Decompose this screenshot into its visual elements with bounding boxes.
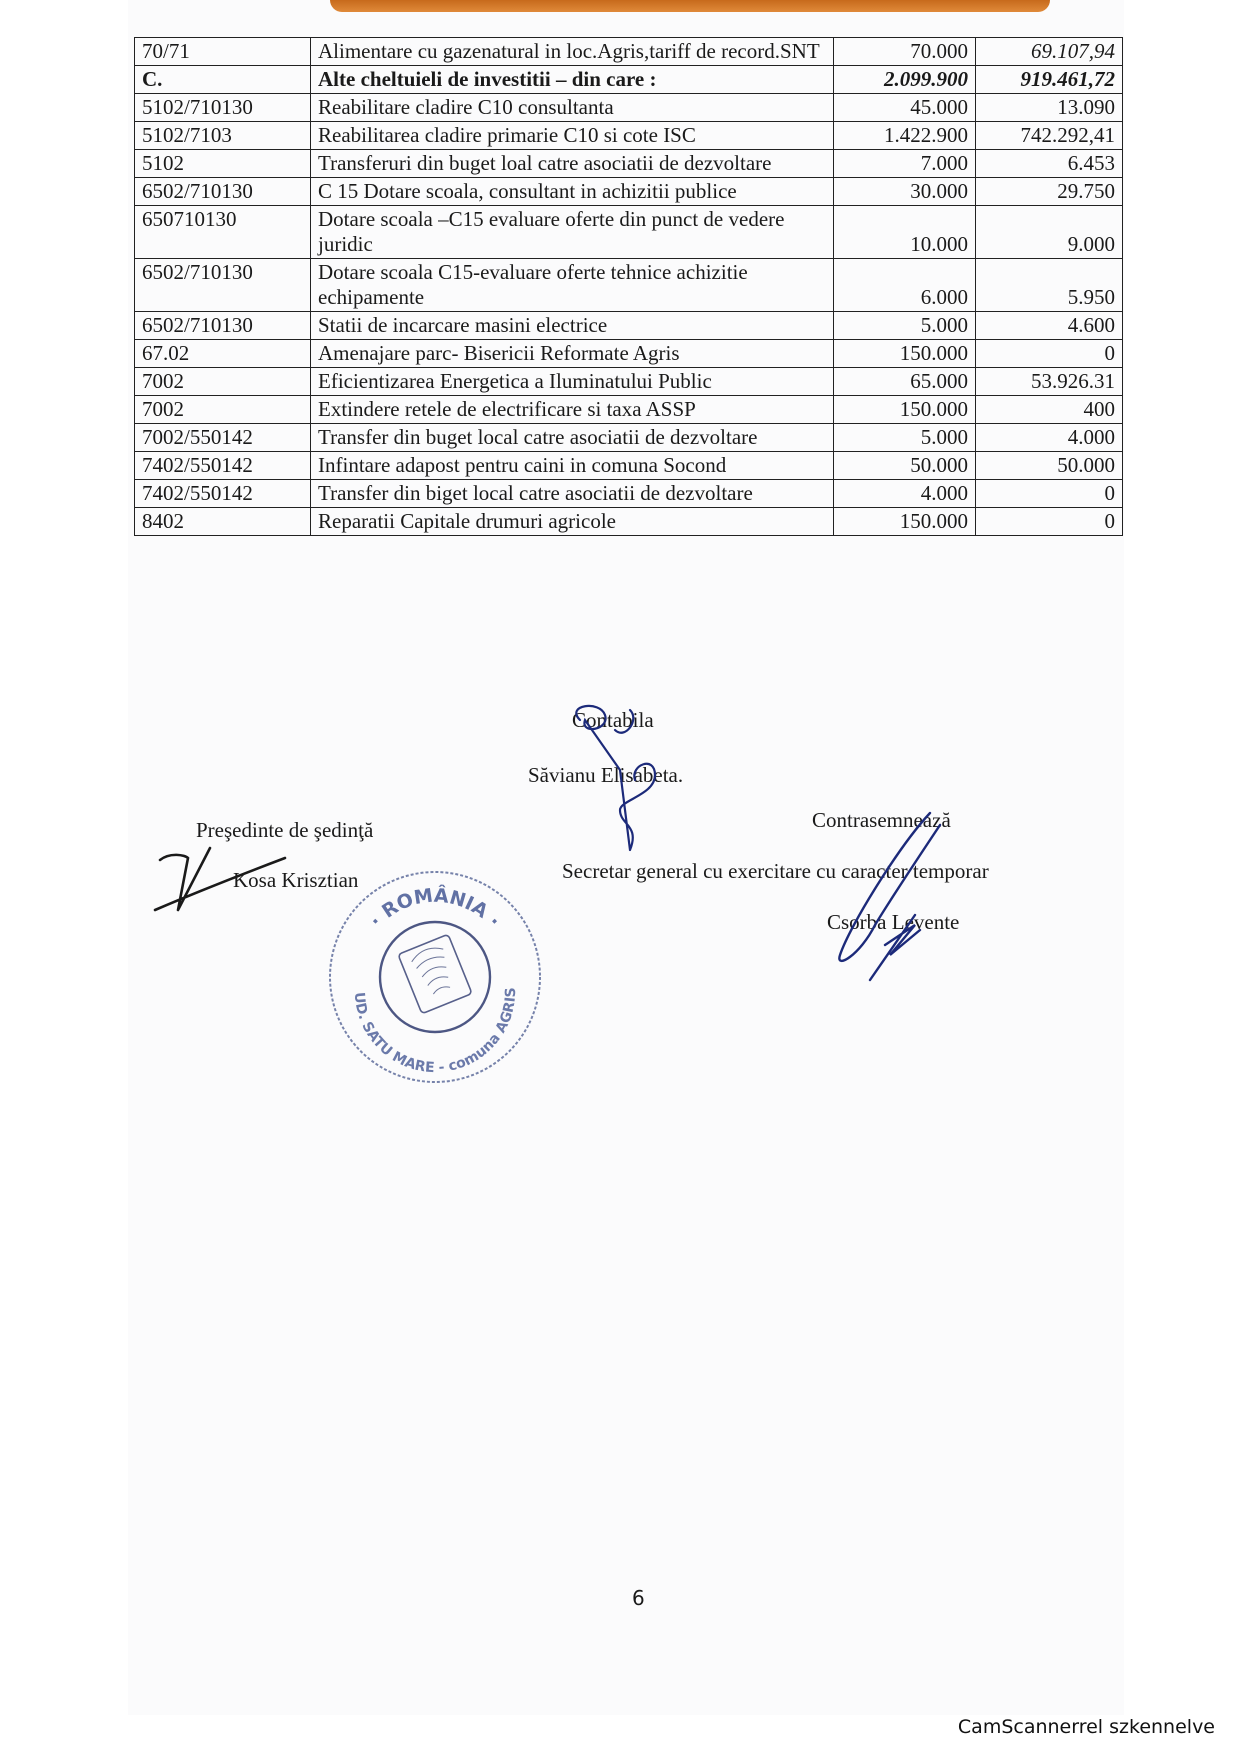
budget-code-cell: 5102/710130 xyxy=(135,94,311,122)
executed-amount-cell: 50.000 xyxy=(976,452,1123,480)
table-row: 70/71Alimentare cu gazenatural in loc.Ag… xyxy=(135,38,1123,66)
table-row: 5102/7103Reabilitarea cladire primarie C… xyxy=(135,122,1123,150)
table-row: C.Alte cheltuieli de investitii – din ca… xyxy=(135,66,1123,94)
description-cell: Dotare scoala C15-evaluare oferte tehnic… xyxy=(311,259,834,312)
budget-code-cell: 6502/710130 xyxy=(135,259,311,312)
executed-amount-cell: 0 xyxy=(976,340,1123,368)
executed-amount-cell: 0 xyxy=(976,508,1123,536)
budget-code-cell: 67.02 xyxy=(135,340,311,368)
planned-amount-cell: 4.000 xyxy=(834,480,976,508)
executed-amount-cell: 0 xyxy=(976,480,1123,508)
planned-amount-cell: 150.000 xyxy=(834,340,976,368)
table-row: 7402/550142Infintare adapost pentru cain… xyxy=(135,452,1123,480)
table-row: 8402Reparatii Capitale drumuri agricole1… xyxy=(135,508,1123,536)
budget-code-cell: 5102 xyxy=(135,150,311,178)
table-row: 6502/710130Statii de incarcare masini el… xyxy=(135,312,1123,340)
table-row: 650710130Dotare scoala –C15 evaluare ofe… xyxy=(135,206,1123,259)
planned-amount-cell: 30.000 xyxy=(834,178,976,206)
planned-amount-cell: 5.000 xyxy=(834,424,976,452)
budget-table-body: 70/71Alimentare cu gazenatural in loc.Ag… xyxy=(135,38,1123,536)
description-cell: Statii de incarcare masini electrice xyxy=(311,312,834,340)
table-row: 67.02Amenajare parc- Bisericii Reformate… xyxy=(135,340,1123,368)
previous-page-edge xyxy=(330,0,1050,12)
stamp-top-text: · ROMÂNIA · xyxy=(365,884,504,932)
planned-amount-cell: 50.000 xyxy=(834,452,976,480)
budget-code-cell: C. xyxy=(135,66,311,94)
table-row: 5102/710130Reabilitare cladire C10 consu… xyxy=(135,94,1123,122)
executed-amount-cell: 919.461,72 xyxy=(976,66,1123,94)
description-cell: Reabilitare cladire C10 consultanta xyxy=(311,94,834,122)
description-cell: Reabilitarea cladire primarie C10 si cot… xyxy=(311,122,834,150)
planned-amount-cell: 2.099.900 xyxy=(834,66,976,94)
planned-amount-cell: 10.000 xyxy=(834,206,976,259)
budget-code-cell: 70/71 xyxy=(135,38,311,66)
executed-amount-cell: 5.950 xyxy=(976,259,1123,312)
description-cell: Transfer din buget local catre asociatii… xyxy=(311,424,834,452)
table-row: 7002Eficientizarea Energetica a Iluminat… xyxy=(135,368,1123,396)
executed-amount-cell: 9.000 xyxy=(976,206,1123,259)
description-cell: Transfer din biget local catre asociatii… xyxy=(311,480,834,508)
executed-amount-cell: 53.926.31 xyxy=(976,368,1123,396)
table-row: 6502/710130C 15 Dotare scoala, consultan… xyxy=(135,178,1123,206)
budget-code-cell: 7002 xyxy=(135,368,311,396)
budget-code-cell: 7402/550142 xyxy=(135,452,311,480)
description-cell: Dotare scoala –C15 evaluare oferte din p… xyxy=(311,206,834,259)
planned-amount-cell: 45.000 xyxy=(834,94,976,122)
description-cell: Alimentare cu gazenatural in loc.Agris,t… xyxy=(311,38,834,66)
planned-amount-cell: 1.422.900 xyxy=(834,122,976,150)
budget-code-cell: 6502/710130 xyxy=(135,312,311,340)
description-cell: Reparatii Capitale drumuri agricole xyxy=(311,508,834,536)
budget-code-cell: 7402/550142 xyxy=(135,480,311,508)
table-row: 7402/550142Transfer din biget local catr… xyxy=(135,480,1123,508)
executed-amount-cell: 29.750 xyxy=(976,178,1123,206)
description-cell: Infintare adapost pentru caini in comuna… xyxy=(311,452,834,480)
description-cell: C 15 Dotare scoala, consultant in achizi… xyxy=(311,178,834,206)
planned-amount-cell: 7.000 xyxy=(834,150,976,178)
page-number: 6 xyxy=(632,1586,645,1610)
budget-code-cell: 7002 xyxy=(135,396,311,424)
planned-amount-cell: 6.000 xyxy=(834,259,976,312)
planned-amount-cell: 150.000 xyxy=(834,396,976,424)
planned-amount-cell: 70.000 xyxy=(834,38,976,66)
planned-amount-cell: 5.000 xyxy=(834,312,976,340)
executed-amount-cell: 4.000 xyxy=(976,424,1123,452)
description-cell: Transferuri din buget loal catre asociat… xyxy=(311,150,834,178)
planned-amount-cell: 150.000 xyxy=(834,508,976,536)
description-cell: Amenajare parc- Bisericii Reformate Agri… xyxy=(311,340,834,368)
budget-code-cell: 8402 xyxy=(135,508,311,536)
executed-amount-cell: 13.090 xyxy=(976,94,1123,122)
executed-amount-cell: 4.600 xyxy=(976,312,1123,340)
budget-code-cell: 7002/550142 xyxy=(135,424,311,452)
table-row: 5102Transferuri din buget loal catre aso… xyxy=(135,150,1123,178)
executed-amount-cell: 69.107,94 xyxy=(976,38,1123,66)
executed-amount-cell: 400 xyxy=(976,396,1123,424)
description-cell: Eficientizarea Energetica a Iluminatului… xyxy=(311,368,834,396)
budget-code-cell: 6502/710130 xyxy=(135,178,311,206)
table-row: 7002/550142Transfer din buget local catr… xyxy=(135,424,1123,452)
description-cell: Extindere retele de electrificare si tax… xyxy=(311,396,834,424)
budget-code-cell: 650710130 xyxy=(135,206,311,259)
budget-code-cell: 5102/7103 xyxy=(135,122,311,150)
table-row: 6502/710130Dotare scoala C15-evaluare of… xyxy=(135,259,1123,312)
table-row: 7002Extindere retele de electrificare si… xyxy=(135,396,1123,424)
scanner-watermark: CamScannerrel szkennelve xyxy=(958,1716,1215,1738)
executed-amount-cell: 742.292,41 xyxy=(976,122,1123,150)
planned-amount-cell: 65.000 xyxy=(834,368,976,396)
description-cell: Alte cheltuieli de investitii – din care… xyxy=(311,66,834,94)
budget-table: 70/71Alimentare cu gazenatural in loc.Ag… xyxy=(134,37,1123,536)
executed-amount-cell: 6.453 xyxy=(976,150,1123,178)
